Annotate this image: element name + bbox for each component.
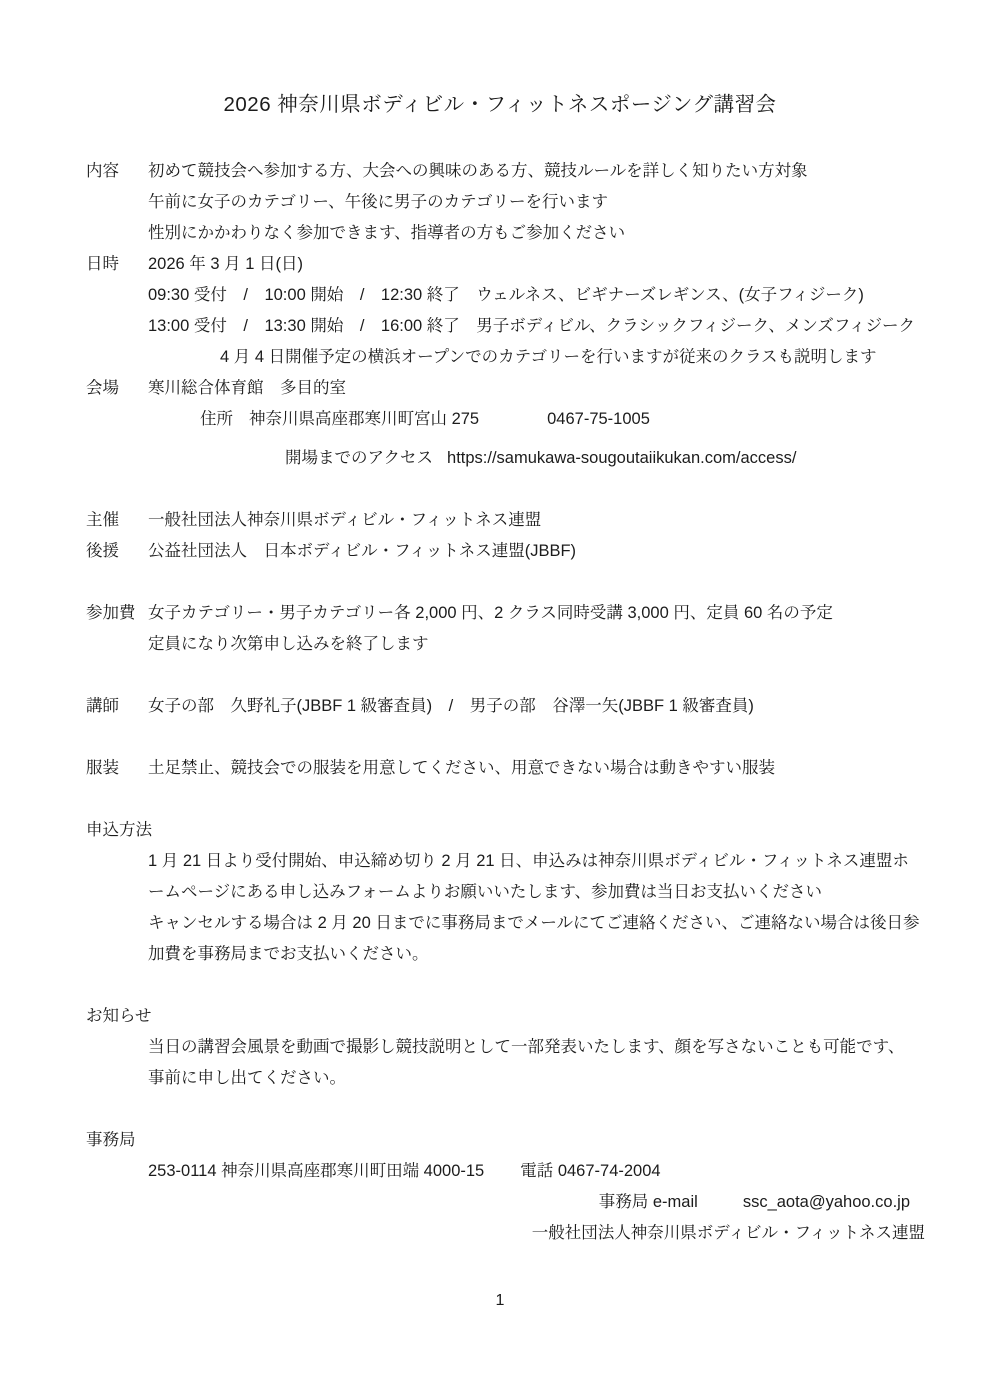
section-fee-line-1: 参加費 女子カテゴリー・男子カテゴリー各 2,000 円、2 クラス同時受講 3… — [86, 598, 942, 629]
section-content-line-1: 内容 初めて競技会へ参加する方、大会への興味のある方、競技ルールを詳しく知りたい… — [86, 156, 942, 187]
section-venue-address: 住所神奈川県高座郡寒川町宮山 2750467-75-1005 — [86, 404, 942, 435]
spacer — [86, 474, 942, 505]
office-org-name: 一般社団法人神奈川県ボディビル・フィットネス連盟 — [532, 1224, 925, 1242]
office-address: 253-0114 神奈川県高座郡寒川町田端 4000-15 — [148, 1162, 484, 1180]
section-lecturer: 講師 女子の部 久野礼子(JBBF 1 級審査員) / 男子の部 谷澤一矢(JB… — [86, 691, 942, 722]
session-afternoon: 13:00 受付 / 13:30 開始 / 16:00 終了 男子ボディビル、ク… — [148, 317, 915, 335]
section-label-organizer: 主催 — [86, 505, 119, 536]
section-label-fee: 参加費 — [86, 598, 136, 629]
office-phone: 電話 0467-74-2004 — [520, 1162, 660, 1180]
notice-line-1: 当日の講習会風景を動画で撮影し競技説明として一部発表いたします、顔を写さないこと… — [86, 1032, 942, 1063]
content-text: 初めて競技会へ参加する方、大会への興味のある方、競技ルールを詳しく知りたい方対象 — [148, 162, 808, 180]
section-content-line-2: 午前に女子のカテゴリー、午後に男子のカテゴリーを行います — [86, 187, 942, 218]
application-text: 1 月 21 日より受付開始、申込締め切り 2 月 21 日、申込みは神奈川県ボ… — [148, 852, 909, 870]
section-label-venue: 会場 — [86, 373, 119, 404]
section-label-datetime: 日時 — [86, 249, 119, 280]
office-org-line: 一般社団法人神奈川県ボディビル・フィットネス連盟 — [86, 1218, 942, 1249]
section-content-line-3: 性別にかかわりなく参加できます、指導者の方もご参加ください — [86, 218, 942, 249]
spacer — [86, 435, 942, 443]
venue-name: 寒川総合体育館 多目的室 — [148, 379, 346, 397]
application-line-4: 加費を事務局までお支払いください。 — [86, 939, 942, 970]
venue-phone: 0467-75-1005 — [547, 410, 650, 428]
section-heading-office: 事務局 — [86, 1125, 942, 1156]
venue-access-url-link[interactable]: https://samukawa-sougoutaiikukan.com/acc… — [447, 449, 796, 467]
lecturer-names: 女子の部 久野礼子(JBBF 1 級審査員) / 男子の部 谷澤一矢(JBBF … — [148, 697, 754, 715]
section-datetime-session-2: 13:00 受付 / 13:30 開始 / 16:00 終了 男子ボディビル、ク… — [86, 311, 942, 342]
document-body: 内容 初めて競技会へ参加する方、大会への興味のある方、競技ルールを詳しく知りたい… — [86, 156, 942, 1249]
fee-text: 女子カテゴリー・男子カテゴリー各 2,000 円、2 クラス同時受講 3,000… — [148, 604, 833, 622]
section-venue-name: 会場 寒川総合体育館 多目的室 — [86, 373, 942, 404]
venue-address-label: 住所 — [200, 410, 233, 428]
application-text: ームページにある申し込みフォームよりお願いいたします、参加費は当日お支払いくださ… — [148, 883, 822, 901]
document-page: 2026 神奈川県ボディビル・フィットネスポージング講習会 内容 初めて競技会へ… — [0, 0, 1000, 1381]
content-text: 性別にかかわりなく参加できます、指導者の方もご参加ください — [148, 224, 625, 242]
dress-text: 土足禁止、競技会での服装を用意してください、用意できない場合は動きやすい服装 — [148, 759, 775, 777]
section-datetime-session-1: 09:30 受付 / 10:00 開始 / 12:30 終了 ウェルネス、ビギナ… — [86, 280, 942, 311]
venue-address: 神奈川県高座郡寒川町宮山 275 — [249, 410, 479, 428]
session-morning: 09:30 受付 / 10:00 開始 / 12:30 終了 ウェルネス、ビギナ… — [148, 286, 864, 304]
document-title: 2026 神奈川県ボディビル・フィットネスポージング講習会 — [0, 0, 1000, 120]
support-name: 公益社団法人 日本ボディビル・フィットネス連盟(JBBF) — [148, 542, 576, 560]
section-dress: 服装 土足禁止、競技会での服装を用意してください、用意できない場合は動きやすい服… — [86, 753, 942, 784]
spacer — [86, 722, 942, 753]
spacer — [86, 784, 942, 815]
section-label-lecturer: 講師 — [86, 691, 119, 722]
section-venue-access: 開場までのアクセスhttps://samukawa-sougoutaiikuka… — [86, 443, 942, 474]
application-text: 加費を事務局までお支払いください。 — [148, 945, 429, 963]
event-date: 2026 年 3 月 1 日(日) — [148, 255, 303, 273]
spacer — [86, 567, 942, 598]
section-label-support: 後援 — [86, 536, 119, 567]
organizer-name: 一般社団法人神奈川県ボディビル・フィットネス連盟 — [148, 511, 541, 529]
notice-line-2: 事前に申し出てください。 — [86, 1063, 942, 1094]
spacer — [86, 970, 942, 1001]
spacer — [86, 660, 942, 691]
application-text: キャンセルする場合は 2 月 20 日までに事務局までメールにてご連絡ください、… — [148, 914, 920, 932]
notice-text: 当日の講習会風景を動画で撮影し競技説明として一部発表いたします、顔を写さないこと… — [148, 1038, 904, 1056]
section-heading-application: 申込方法 — [86, 815, 942, 846]
application-line-3: キャンセルする場合は 2 月 20 日までに事務局までメールにてご連絡ください、… — [86, 908, 942, 939]
section-organizer: 主催 一般社団法人神奈川県ボディビル・フィットネス連盟 — [86, 505, 942, 536]
application-line-2: ームページにある申し込みフォームよりお願いいたします、参加費は当日お支払いくださ… — [86, 877, 942, 908]
venue-access-label: 開場までのアクセス — [285, 449, 433, 467]
category-note: 4 月 4 日開催予定の横浜オープンでのカテゴリーを行いますが従来のクラスも説明… — [220, 348, 876, 366]
office-email-label: 事務局 e-mail — [599, 1193, 698, 1211]
section-fee-line-2: 定員になり次第申し込みを終了します — [86, 629, 942, 660]
section-support: 後援 公益社団法人 日本ボディビル・フィットネス連盟(JBBF) — [86, 536, 942, 567]
section-label-dress: 服装 — [86, 753, 119, 784]
content-text: 午前に女子のカテゴリー、午後に男子のカテゴリーを行います — [148, 193, 608, 211]
office-address-line: 253-0114 神奈川県高座郡寒川町田端 4000-15電話 0467-74-… — [86, 1156, 942, 1187]
section-heading-notice: お知らせ — [86, 1001, 942, 1032]
page-number: 1 — [0, 1292, 1000, 1310]
spacer — [86, 1094, 942, 1125]
section-datetime-date: 日時 2026 年 3 月 1 日(日) — [86, 249, 942, 280]
notice-text: 事前に申し出てください。 — [148, 1069, 346, 1087]
fee-text: 定員になり次第申し込みを終了します — [148, 635, 429, 653]
office-email-line: 事務局 e-mailssc_aota@yahoo.co.jp — [86, 1187, 942, 1218]
section-label-content: 内容 — [86, 156, 119, 187]
office-email-address[interactable]: ssc_aota@yahoo.co.jp — [743, 1193, 910, 1211]
section-datetime-note: 4 月 4 日開催予定の横浜オープンでのカテゴリーを行いますが従来のクラスも説明… — [86, 342, 942, 373]
application-line-1: 1 月 21 日より受付開始、申込締め切り 2 月 21 日、申込みは神奈川県ボ… — [86, 846, 942, 877]
